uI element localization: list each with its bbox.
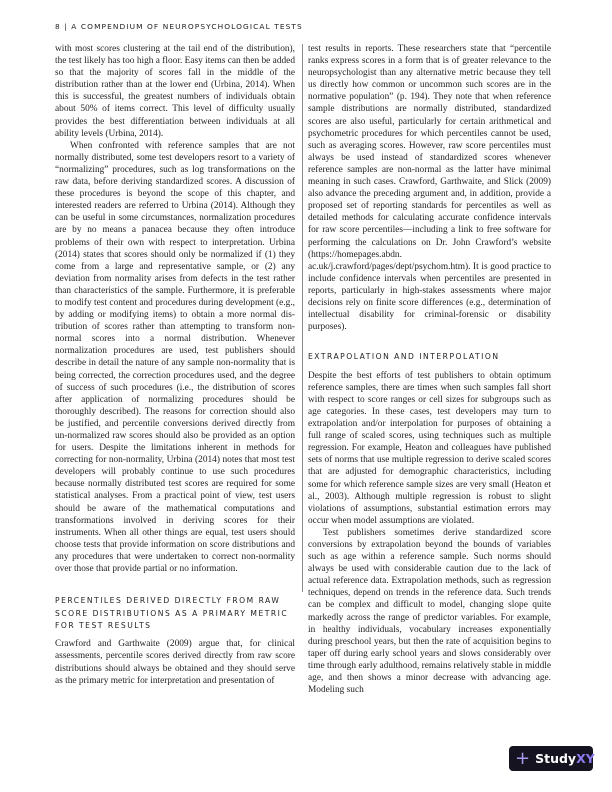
paragraph: with most scores clustering at the tail … bbox=[55, 43, 295, 140]
running-head: 8 | A COMPENDIUM OF NEUROPSYCHOLOGICAL T… bbox=[55, 22, 303, 31]
studyxy-badge[interactable]: + StudyXY bbox=[509, 746, 593, 771]
paragraph: When confronted with reference samples t… bbox=[55, 140, 295, 575]
section-heading-percentiles: PERCENTILES DERIVED DIRECTLY FROM RAW SC… bbox=[55, 595, 295, 632]
brand-text-xy: XY bbox=[576, 751, 595, 766]
document-page: 8 | A COMPENDIUM OF NEUROPSYCHOLOGICAL T… bbox=[0, 0, 612, 792]
column-divider bbox=[302, 44, 303, 592]
left-column: with most scores clustering at the tail … bbox=[55, 43, 295, 687]
section-heading-extrapolation: EXTRAPOLATION AND INTERPOLATION bbox=[308, 351, 551, 363]
paragraph: test results in reports. These researche… bbox=[308, 43, 551, 333]
paragraph: Despite the best efforts of test publish… bbox=[308, 370, 551, 527]
right-column: test results in reports. These researche… bbox=[308, 43, 551, 696]
brand-text-study: Study bbox=[535, 751, 576, 766]
plus-icon: + bbox=[515, 750, 530, 768]
paragraph: Test publishers sometimes derive standar… bbox=[308, 527, 551, 696]
paragraph: Crawford and Garthwaite (2009) argue tha… bbox=[55, 638, 295, 686]
